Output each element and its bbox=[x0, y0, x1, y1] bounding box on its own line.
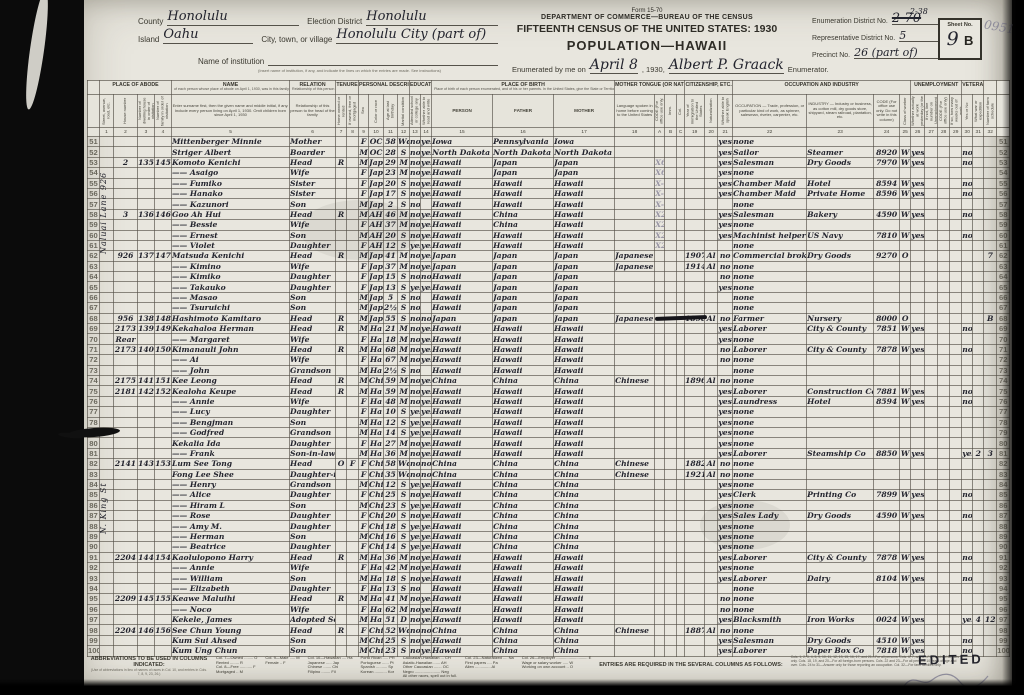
cell-sex: M bbox=[359, 313, 369, 323]
cell-wk: yes bbox=[911, 344, 925, 354]
city-label: City, town, or village bbox=[261, 35, 332, 44]
cell-dw bbox=[138, 500, 155, 510]
cell-sex: F bbox=[359, 438, 369, 448]
cell-un bbox=[925, 313, 938, 323]
cell-race: Ha bbox=[369, 552, 384, 562]
cell-fs bbox=[984, 583, 997, 593]
cell-c2 bbox=[665, 542, 677, 552]
cell-c3 bbox=[677, 230, 685, 240]
cell-nat bbox=[705, 490, 718, 500]
cell-c3 bbox=[677, 147, 685, 157]
cell-code: X-37 bbox=[655, 178, 665, 188]
cell-t2 bbox=[347, 355, 359, 365]
cell-street bbox=[100, 417, 114, 427]
cell-wk bbox=[911, 531, 925, 541]
cell-street bbox=[100, 438, 114, 448]
cell-rw: yes bbox=[421, 511, 432, 521]
census-row-76: 76—— AnnieWifeFHa48MnoyesHawaiiHawaiiHaw… bbox=[88, 396, 1010, 406]
cell-rw: yes bbox=[421, 614, 432, 624]
cell-race: Chi bbox=[369, 635, 384, 645]
cell-eng: yes bbox=[718, 438, 733, 448]
cell-c2 bbox=[665, 261, 677, 271]
cell-cls: O bbox=[900, 251, 911, 261]
cell-uc bbox=[938, 511, 950, 521]
cell-code bbox=[874, 531, 900, 541]
cell-vet bbox=[962, 220, 973, 230]
cell-yr bbox=[685, 604, 705, 614]
cell-t2 bbox=[347, 490, 359, 500]
cell-rel: Daughter bbox=[290, 542, 336, 552]
cell-nat bbox=[705, 188, 718, 198]
cell-war bbox=[973, 459, 984, 469]
cell-mt bbox=[615, 427, 655, 437]
cell-ind bbox=[807, 407, 874, 417]
cell-nat bbox=[705, 427, 718, 437]
cell-yr bbox=[685, 137, 705, 147]
cell-un bbox=[925, 552, 938, 562]
cell-fam bbox=[155, 272, 172, 282]
census-row-64: 64—— KimikoDaughterFJap15SnonoHawaiiJapa… bbox=[88, 272, 1010, 282]
cell-code bbox=[655, 261, 665, 271]
cell-name: —— Beatrice bbox=[172, 542, 290, 552]
cell-name: Kee Leong bbox=[172, 375, 290, 385]
street-name-naluai-lane: Naluai Lane 926 bbox=[99, 148, 112, 278]
cell-race: Jap bbox=[369, 168, 384, 178]
cell-code bbox=[655, 272, 665, 282]
cell-fam bbox=[155, 563, 172, 573]
abbr-col-sex: Col. 9—Male ..... MFemale .. F bbox=[265, 656, 299, 679]
cell-uc bbox=[938, 583, 950, 593]
cell-fam bbox=[155, 137, 172, 147]
cell-c3 bbox=[677, 188, 685, 198]
cell-age: 17 bbox=[384, 188, 398, 198]
cell-nat bbox=[705, 240, 718, 250]
cell-pm: China bbox=[554, 490, 615, 500]
cell-wk bbox=[911, 137, 925, 147]
cell-un bbox=[925, 583, 938, 593]
cell-fs bbox=[984, 479, 997, 489]
cell-occ: Salesman bbox=[733, 157, 807, 167]
cell-occ: none bbox=[733, 583, 807, 593]
cell-pf: Hawaii bbox=[493, 604, 554, 614]
cell-age: 25 bbox=[384, 635, 398, 645]
cell-u4 bbox=[950, 490, 962, 500]
cell-fam bbox=[155, 407, 172, 417]
cell-pb: Hawaii bbox=[432, 188, 493, 198]
cell-vet bbox=[962, 282, 973, 292]
cell-uc bbox=[938, 157, 950, 167]
enumerated-date: April 8 bbox=[590, 57, 638, 74]
cell-uc bbox=[938, 209, 950, 219]
cell-cls: W bbox=[900, 635, 911, 645]
cell-house bbox=[114, 199, 138, 209]
cell-uc bbox=[938, 573, 950, 583]
cell-wk bbox=[911, 292, 925, 302]
cell-name: —— Noco bbox=[172, 604, 290, 614]
cell-uc bbox=[938, 313, 950, 323]
cell-wk: yes bbox=[911, 209, 925, 219]
cell-war bbox=[973, 500, 984, 510]
cell-vet bbox=[962, 469, 973, 479]
cell-nat bbox=[705, 646, 718, 656]
cell-sex: F bbox=[359, 396, 369, 406]
cell-code bbox=[655, 490, 665, 500]
cell-age: 13 bbox=[384, 583, 398, 593]
cell-pf: Hawaii bbox=[493, 355, 554, 365]
cell-sex: M bbox=[359, 552, 369, 562]
cell-code: 8850 bbox=[874, 448, 900, 458]
cell-c2 bbox=[665, 438, 677, 448]
cell-un bbox=[925, 137, 938, 147]
cell-vet bbox=[962, 604, 973, 614]
cell-name: —— Alice bbox=[172, 490, 290, 500]
cell-pb: Hawaii bbox=[432, 521, 493, 531]
cell-code bbox=[655, 417, 665, 427]
cell-ind bbox=[807, 594, 874, 604]
cell-mt bbox=[615, 292, 655, 302]
cell-c2 bbox=[665, 625, 677, 635]
cell-vet bbox=[962, 625, 973, 635]
cell-uc bbox=[938, 334, 950, 344]
cell-sch: no bbox=[410, 573, 421, 583]
cell-c2 bbox=[665, 646, 677, 656]
cell-race: Chi bbox=[369, 521, 384, 531]
cell-wk bbox=[911, 427, 925, 437]
cell-pm: Hawaii bbox=[554, 583, 615, 593]
cell-eng: yes bbox=[718, 220, 733, 230]
cell-pb: Hawaii bbox=[432, 240, 493, 250]
cell-t1: R bbox=[336, 552, 347, 562]
cell-pf: Hawaii bbox=[493, 178, 554, 188]
cell-fs bbox=[984, 157, 997, 167]
cell-t2 bbox=[347, 469, 359, 479]
cell-sex: F bbox=[359, 334, 369, 344]
cell-dw bbox=[138, 168, 155, 178]
cell-age: 37 bbox=[384, 261, 398, 271]
cell-war bbox=[973, 396, 984, 406]
cell-dw bbox=[138, 407, 155, 417]
cell-t2 bbox=[347, 448, 359, 458]
cell-occ: none bbox=[733, 355, 807, 365]
cell-sex: M bbox=[359, 614, 369, 624]
cell-house bbox=[114, 583, 138, 593]
cell-war bbox=[973, 438, 984, 448]
cell-un bbox=[925, 334, 938, 344]
cell-uc bbox=[938, 344, 950, 354]
cell-dw bbox=[138, 635, 155, 645]
cell-sch: no bbox=[410, 459, 421, 469]
cell-occ: none bbox=[733, 282, 807, 292]
cell-house bbox=[114, 573, 138, 583]
cell-dw bbox=[138, 604, 155, 614]
cell-c3 bbox=[677, 625, 685, 635]
cell-mar: M bbox=[398, 344, 410, 354]
cell-c2 bbox=[665, 583, 677, 593]
cell-cls bbox=[900, 469, 911, 479]
cell-yr bbox=[685, 573, 705, 583]
cell-house bbox=[114, 614, 138, 624]
cell-pf: Hawaii bbox=[493, 199, 554, 209]
cell-wk bbox=[911, 272, 925, 282]
column-header-un: If not, line number on Unemployment Sche… bbox=[925, 95, 938, 128]
cell-cls bbox=[900, 500, 911, 510]
cell-war bbox=[973, 251, 984, 261]
line-number: 78 bbox=[88, 417, 100, 427]
cell-ind bbox=[807, 438, 874, 448]
cell-u4 bbox=[950, 563, 962, 573]
cell-house: 2209 bbox=[114, 594, 138, 604]
cell-pb: Hawaii bbox=[432, 303, 493, 313]
column-header-t1: Home owned or rented bbox=[336, 95, 347, 128]
cell-u4 bbox=[950, 521, 962, 531]
cell-t1 bbox=[336, 614, 347, 624]
column-number-ind: 23 bbox=[807, 128, 874, 137]
cell-vet: yes bbox=[962, 614, 973, 624]
cell-pm: Hawaii bbox=[554, 334, 615, 344]
cell-war bbox=[973, 365, 984, 375]
cell-mar: Wd bbox=[398, 459, 410, 469]
cell-street bbox=[100, 137, 114, 147]
cell-fam bbox=[155, 500, 172, 510]
cell-cls: W bbox=[900, 448, 911, 458]
cell-dw bbox=[138, 511, 155, 521]
cell-un bbox=[925, 220, 938, 230]
cell-sex: F bbox=[359, 459, 369, 469]
cell-rel: Adopted Son bbox=[290, 614, 336, 624]
cell-uc bbox=[938, 448, 950, 458]
cell-code bbox=[655, 594, 665, 604]
cell-ind bbox=[807, 479, 874, 489]
cell-un bbox=[925, 427, 938, 437]
cell-un bbox=[925, 230, 938, 240]
cell-sex: M bbox=[359, 573, 369, 583]
cell-code bbox=[874, 417, 900, 427]
cell-un bbox=[925, 324, 938, 334]
cell-vet: no bbox=[962, 188, 973, 198]
cell-mt bbox=[615, 168, 655, 178]
column-header-sch: Attended school or college any time sinc… bbox=[410, 95, 421, 128]
cell-war bbox=[973, 282, 984, 292]
cell-u4 bbox=[950, 469, 962, 479]
cell-code bbox=[655, 531, 665, 541]
cell-eng: yes bbox=[718, 448, 733, 458]
cell-pf: Hawaii bbox=[493, 334, 554, 344]
abbr-col-citizenship: Col. 23—Naturalized .... NaFirst papers … bbox=[465, 656, 514, 679]
cell-ind bbox=[807, 282, 874, 292]
cell-yr: 1921 bbox=[685, 469, 705, 479]
cell-wk bbox=[911, 438, 925, 448]
cell-house bbox=[114, 469, 138, 479]
cell-vet bbox=[962, 500, 973, 510]
column-header-rel: Relationship of this person to the head … bbox=[290, 95, 336, 128]
cell-yr bbox=[685, 324, 705, 334]
cell-pm: Hawaii bbox=[554, 438, 615, 448]
cell-war bbox=[973, 521, 984, 531]
enumerated-year: , 1930, bbox=[642, 65, 665, 74]
cell-sex: F bbox=[359, 188, 369, 198]
cell-pm: Hawaii bbox=[554, 563, 615, 573]
cell-vet bbox=[962, 542, 973, 552]
cell-race: Chi bbox=[369, 459, 384, 469]
cell-rel: Head bbox=[290, 313, 336, 323]
census-row-86: 86—— Hiram LSonMChi23SyesyesHawaiiChinaC… bbox=[88, 500, 1010, 510]
cell-fs bbox=[984, 594, 997, 604]
line-number: 99 bbox=[88, 635, 100, 645]
cell-race: Jap bbox=[369, 303, 384, 313]
cell-yr bbox=[685, 292, 705, 302]
column-header-war: What war or expedition bbox=[973, 95, 984, 128]
cell-rw bbox=[421, 583, 432, 593]
cell-war bbox=[973, 511, 984, 521]
cell-dw bbox=[138, 469, 155, 479]
cell-cls bbox=[900, 479, 911, 489]
cell-eng: yes bbox=[718, 646, 733, 656]
cell-name: —— Ernest bbox=[172, 230, 290, 240]
cell-pb: Hawaii bbox=[432, 157, 493, 167]
cell-age: 35 bbox=[384, 469, 398, 479]
cell-uc bbox=[938, 188, 950, 198]
cell-rw bbox=[421, 365, 432, 375]
cell-uc bbox=[938, 614, 950, 624]
cell-un bbox=[925, 386, 938, 396]
cell-rel: Son bbox=[290, 635, 336, 645]
cell-pf: China bbox=[493, 542, 554, 552]
cell-war bbox=[973, 417, 984, 427]
cell-name: —— Takauko bbox=[172, 282, 290, 292]
cell-fam bbox=[155, 438, 172, 448]
cell-code bbox=[874, 604, 900, 614]
column-number-un: 27 bbox=[925, 128, 938, 137]
cell-fam: 156 bbox=[155, 625, 172, 635]
cell-c2 bbox=[665, 531, 677, 541]
cell-u4 bbox=[950, 240, 962, 250]
census-row-71: 712173140150Kimanauli JohnHeadRMHa68Mnoy… bbox=[88, 344, 1010, 354]
cell-war bbox=[973, 344, 984, 354]
election-district-label: Election District bbox=[307, 17, 362, 26]
cell-age: 41 bbox=[384, 594, 398, 604]
cell-t1 bbox=[336, 261, 347, 271]
cell-fs bbox=[984, 355, 997, 365]
cell-wk: yes bbox=[911, 573, 925, 583]
cell-c3 bbox=[677, 365, 685, 375]
cell-age: 14 bbox=[384, 427, 398, 437]
cell-yr bbox=[685, 635, 705, 645]
cell-name: See Chun Young bbox=[172, 625, 290, 635]
cell-cls bbox=[900, 542, 911, 552]
column-header-mar: Marital condition bbox=[398, 95, 410, 128]
cell-fam bbox=[155, 396, 172, 406]
cell-rel: Daughter bbox=[290, 583, 336, 593]
cell-nat bbox=[705, 635, 718, 645]
cell-vet bbox=[962, 292, 973, 302]
cell-sex: F bbox=[359, 511, 369, 521]
cell-mt bbox=[615, 563, 655, 573]
cell-un bbox=[925, 199, 938, 209]
line-number: 74 bbox=[88, 375, 100, 385]
cell-fam bbox=[155, 646, 172, 656]
cell-pb: China bbox=[432, 459, 493, 469]
cell-name: —— Violet bbox=[172, 240, 290, 250]
cell-name: —— Kazunori bbox=[172, 199, 290, 209]
cell-u4 bbox=[950, 209, 962, 219]
cell-vet bbox=[962, 137, 973, 147]
cell-cls: W bbox=[900, 209, 911, 219]
cell-uc bbox=[938, 396, 950, 406]
cell-sex: F bbox=[359, 490, 369, 500]
cell-fs bbox=[984, 209, 997, 219]
cell-occ: none bbox=[733, 407, 807, 417]
cell-code: 8104 bbox=[874, 573, 900, 583]
cell-ind bbox=[807, 500, 874, 510]
cell-mt: Chinese bbox=[615, 625, 655, 635]
cell-mt bbox=[615, 324, 655, 334]
cell-house bbox=[114, 604, 138, 614]
cell-vet bbox=[962, 313, 973, 323]
cell-street bbox=[100, 324, 114, 334]
cell-nat bbox=[705, 199, 718, 209]
cell-street bbox=[100, 625, 114, 635]
cell-pm: China bbox=[554, 375, 615, 385]
cell-wk: yes bbox=[911, 147, 925, 157]
cell-rel: Wife bbox=[290, 334, 336, 344]
cell-uc bbox=[938, 479, 950, 489]
cell-un bbox=[925, 188, 938, 198]
cell-age: 52 bbox=[384, 625, 398, 635]
cell-dw bbox=[138, 137, 155, 147]
cell-eng bbox=[718, 365, 733, 375]
cell-t2 bbox=[347, 375, 359, 385]
cell-dw bbox=[138, 303, 155, 313]
cell-mar: M bbox=[398, 552, 410, 562]
cell-name: Kaolulopono Harry bbox=[172, 552, 290, 562]
cell-eng: yes bbox=[718, 563, 733, 573]
cell-occ: none bbox=[733, 261, 807, 271]
cell-vet bbox=[962, 303, 973, 313]
cell-mar: S bbox=[398, 292, 410, 302]
cell-ind bbox=[807, 563, 874, 573]
cell-sex: F bbox=[359, 407, 369, 417]
cell-occ: none bbox=[733, 365, 807, 375]
cell-mar: S bbox=[398, 365, 410, 375]
cell-dw bbox=[138, 479, 155, 489]
cell-mt bbox=[615, 635, 655, 645]
column-group-blank bbox=[88, 81, 100, 95]
cell-yr bbox=[685, 344, 705, 354]
cell-cls bbox=[900, 220, 911, 230]
cell-nat bbox=[705, 230, 718, 240]
cell-fs bbox=[984, 282, 997, 292]
cell-age: 51 bbox=[384, 614, 398, 624]
cell-wk bbox=[911, 303, 925, 313]
cell-u4 bbox=[950, 199, 962, 209]
cell-yr bbox=[685, 147, 705, 157]
cell-c3 bbox=[677, 199, 685, 209]
cell-age: 16 bbox=[384, 531, 398, 541]
cell-ind: US Navy bbox=[807, 230, 874, 240]
cell-sex: F bbox=[359, 542, 369, 552]
cell-rw: yes bbox=[421, 168, 432, 178]
cell-house bbox=[114, 147, 138, 157]
cell-race: Jap bbox=[369, 157, 384, 167]
cell-rw: yes bbox=[421, 220, 432, 230]
cell-code: 7878 bbox=[874, 552, 900, 562]
cell-house bbox=[114, 490, 138, 500]
cell-nat bbox=[705, 282, 718, 292]
cell-ind bbox=[807, 240, 874, 250]
column-header-occ: OCCUPATION — Trade, profession, or parti… bbox=[733, 95, 807, 128]
cell-occ: Laundress bbox=[733, 396, 807, 406]
cell-rel: Head bbox=[290, 157, 336, 167]
